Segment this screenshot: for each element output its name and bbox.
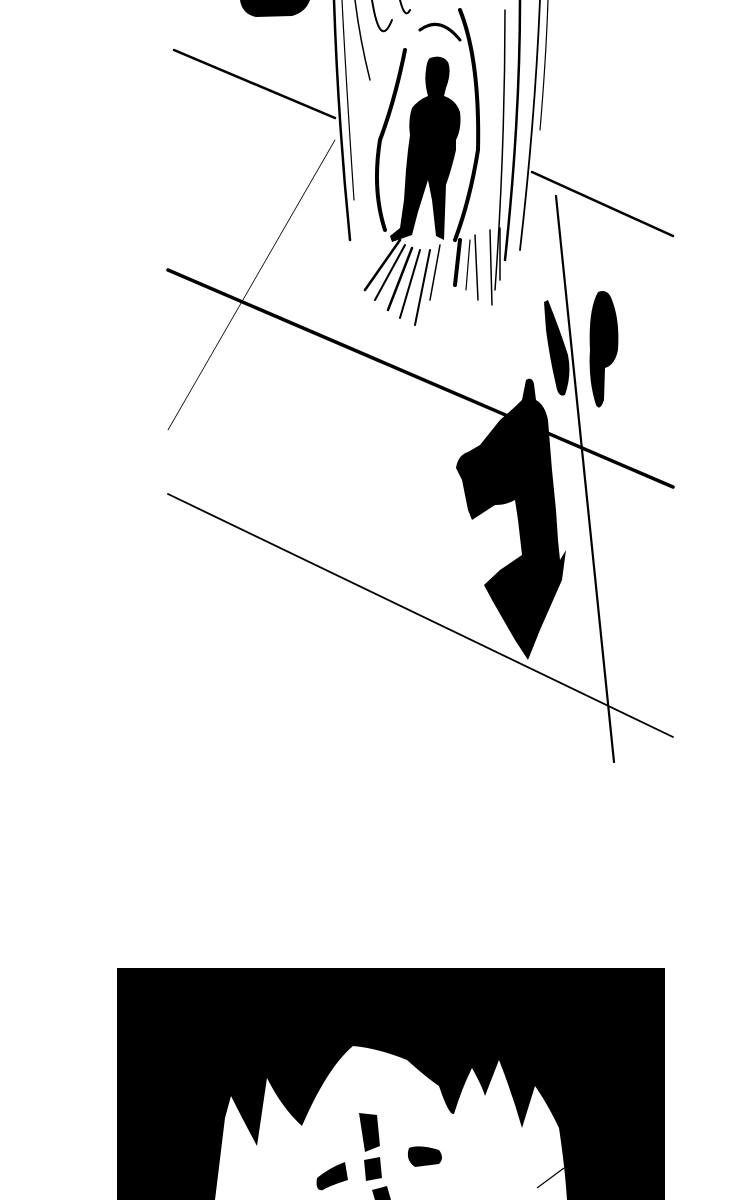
figure-silhouette — [390, 57, 461, 242]
foreground-shadow — [456, 379, 566, 660]
panel-aura-figure — [0, 0, 750, 780]
aura-base-streaks — [365, 228, 500, 325]
shadow-drips — [544, 300, 569, 396]
panel-face-closeup — [117, 968, 665, 1200]
shadow-blob — [240, 0, 310, 17]
aura-scene-illustration — [0, 0, 750, 780]
manga-page — [0, 0, 750, 1200]
face-closeup-illustration — [117, 968, 665, 1200]
